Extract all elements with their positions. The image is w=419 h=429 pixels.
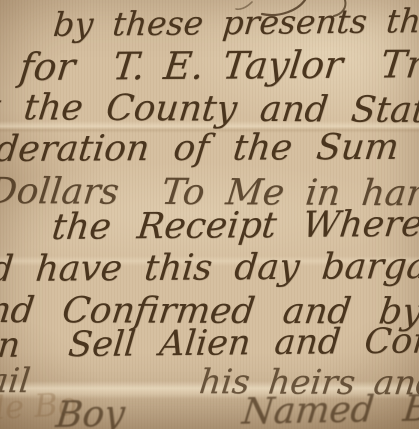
manuscript-line-9: in Sell Alien and Con <box>0 324 419 364</box>
manuscript-line-4: ideration of the Sum of <box>0 130 419 169</box>
manuscript-scan: le Bo by these presents that I for T. E.… <box>0 0 419 429</box>
manuscript-line-11: Boy Named Bur <box>54 391 419 429</box>
manuscript-line-2: for T. E. Taylor Trustee <box>18 44 419 86</box>
manuscript-line-1: by these presents that I <box>52 3 419 41</box>
manuscript-line-6: the Receipt Whereof <box>50 206 419 246</box>
manuscript-line-7: d have this day bargaine <box>0 249 419 288</box>
manuscript-line-3: t the County and State o <box>0 90 419 130</box>
